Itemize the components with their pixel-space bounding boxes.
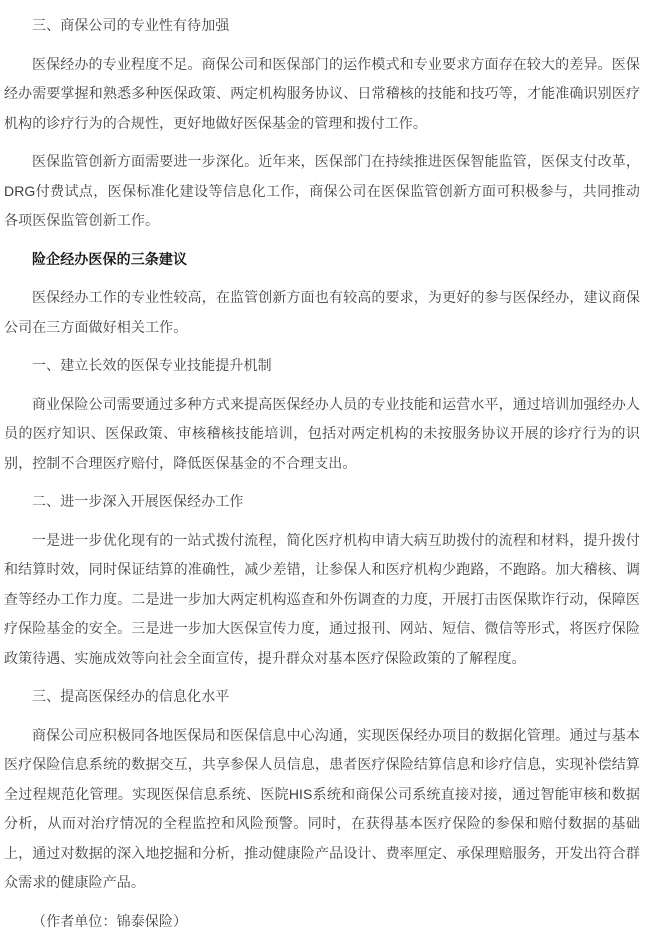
author-affiliation: （作者单位：锦泰保险） (4, 907, 640, 937)
paragraph-suggestions-intro: 医保经办工作的专业性较高，在监管创新方面也有较高的要求，为更好的参与医保经办，建… (4, 283, 640, 342)
section-heading-1-skill-mechanism: 一、建立长效的医保专业技能提升机制 (4, 351, 640, 381)
section-heading-3-informatization: 三、提高医保经办的信息化水平 (4, 682, 640, 712)
chapter-heading-three-suggestions: 险企经办医保的三条建议 (4, 245, 640, 275)
section-heading-3-commercial-insurer-expertise: 三、商保公司的专业性有待加强 (4, 11, 640, 41)
paragraph-regulation-innovation: 医保监管创新方面需要进一步深化。近年来，医保部门在持续推进医保智能监管，医保支付… (4, 147, 640, 236)
document-page: 三、商保公司的专业性有待加强 医保经办的专业程度不足。商保公司和医保部门的运作模… (0, 0, 666, 939)
paragraph-informatization-detail: 商保公司应积极同各地医保局和医保信息中心沟通，实现医保经办项目的数据化管理。通过… (4, 721, 640, 898)
document-body: 三、商保公司的专业性有待加强 医保经办的专业程度不足。商保公司和医保部门的运作模… (4, 11, 640, 936)
paragraph-skill-training: 商业保险公司需要通过多种方式来提高医保经办人员的专业技能和运营水平，通过培训加强… (4, 390, 640, 479)
section-heading-2-deepen-work: 二、进一步深入开展医保经办工作 (4, 487, 640, 517)
paragraph-three-measures: 一是进一步优化现有的一站式拨付流程，简化医疗机构申请大病互助拨付的流程和材料，提… (4, 526, 640, 674)
paragraph-expertise-gap: 医保经办的专业程度不足。商保公司和医保部门的运作模式和专业要求方面存在较大的差异… (4, 50, 640, 139)
